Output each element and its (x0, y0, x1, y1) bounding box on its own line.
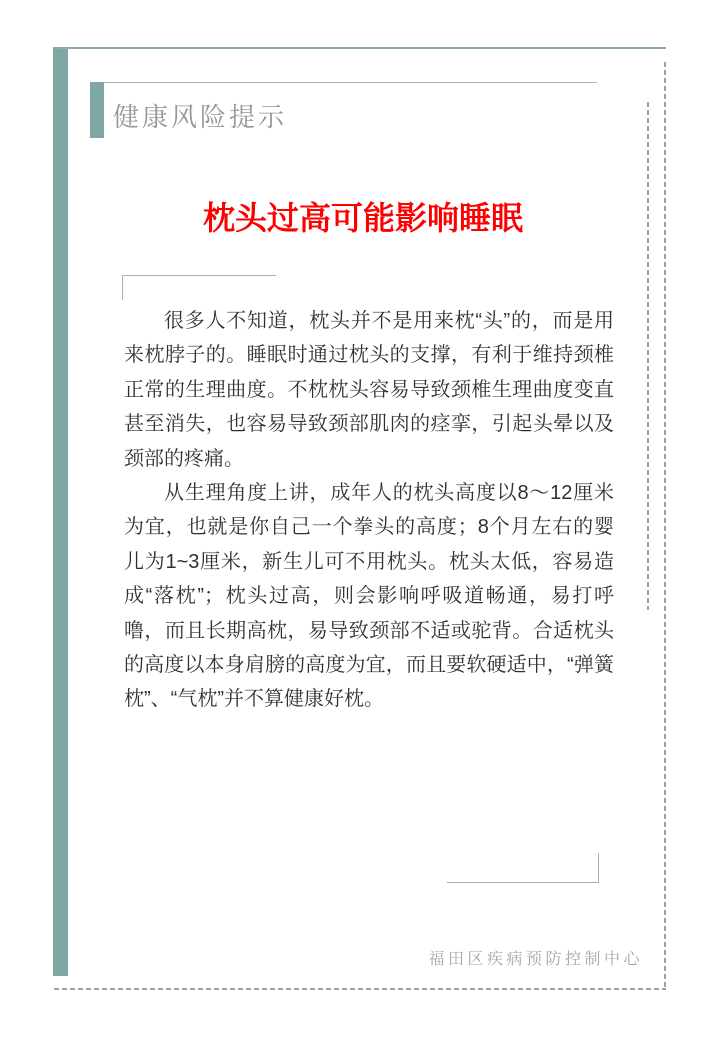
health-notice-page: 健康风险提示 枕头过高可能影响睡眠 很多人不知道，枕头并不是用来枕“头”的，而是… (0, 0, 720, 1039)
header-label: 健康风险提示 (113, 100, 287, 134)
corner-bracket-top-left (122, 275, 276, 300)
footer-org-name: 福田区疾病预防控制中心 (428, 950, 643, 970)
body-paragraph: 从生理角度上讲，成年人的枕头高度以8～12厘米为宜，也就是你自己一个拳头的高度；… (124, 476, 614, 717)
corner-bracket-bottom-right (447, 853, 599, 883)
top-accent-line (53, 47, 666, 49)
article-title: 枕头过高可能影响睡眠 (124, 197, 602, 239)
body-paragraph: 很多人不知道，枕头并不是用来枕“头”的，而是用来枕脖子的。睡眠时通过枕头的支撑，… (124, 304, 614, 476)
dashed-border-bottom (54, 988, 666, 990)
dashed-border-right-inner (647, 102, 649, 610)
header-accent-block (90, 82, 104, 138)
header-rule-line (90, 82, 597, 83)
dashed-border-right-outer (664, 62, 666, 989)
left-accent-bar (53, 48, 68, 976)
article-body: 很多人不知道，枕头并不是用来枕“头”的，而是用来枕脖子的。睡眠时通过枕头的支撑，… (124, 304, 614, 717)
